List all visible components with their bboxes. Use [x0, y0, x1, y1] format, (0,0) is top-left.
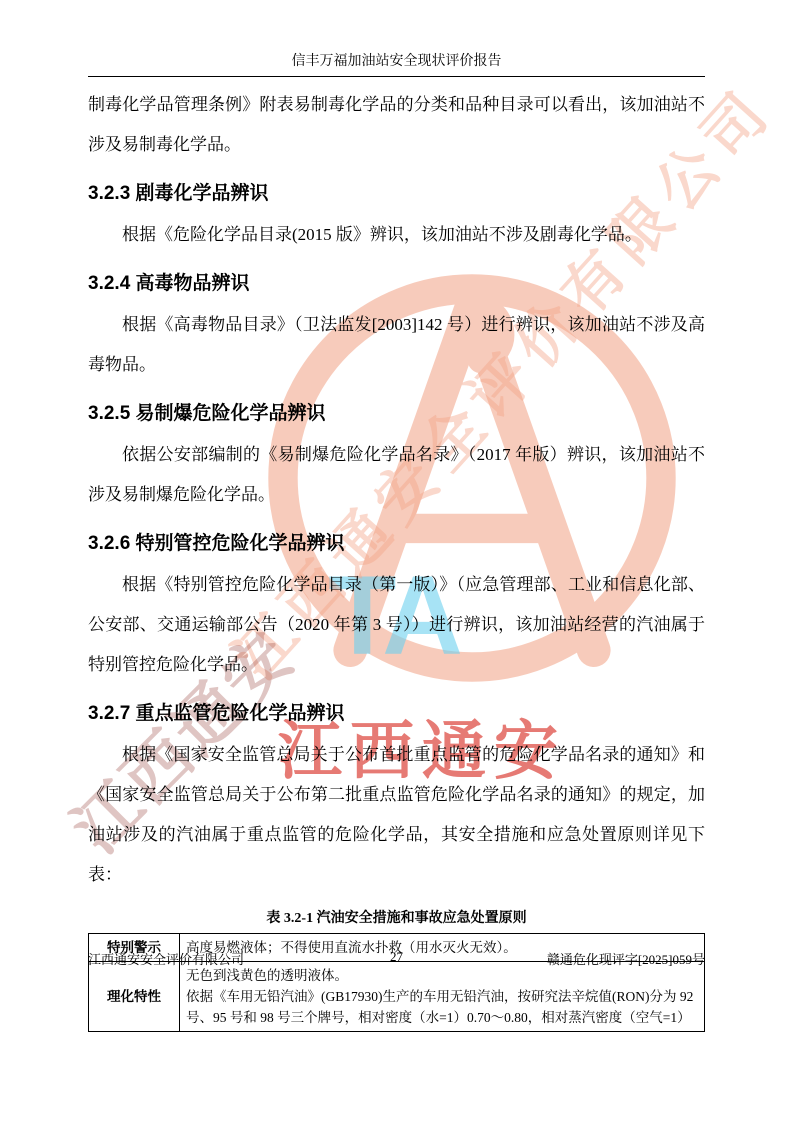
document-body: 制毒化学品管理条例》附表易制毒化学品的分类和品种目录可以看出，该加油站不涉及易制…	[88, 85, 705, 1032]
heading-3-2-3: 3.2.3 剧毒化学品辨识	[88, 181, 705, 207]
paragraph-3-2-3: 根据《危险化学品目录(2015 版》辨识，该加油站不涉及剧毒化学品。	[88, 215, 705, 255]
footer-company-name: 江西通安安全评价有限公司	[88, 949, 244, 968]
report-title: 信丰万福加油站安全现状评价报告	[292, 54, 502, 69]
paragraph-intro-continuation: 制毒化学品管理条例》附表易制毒化学品的分类和品种目录可以看出，该加油站不涉及易制…	[88, 85, 705, 165]
heading-3-2-4: 3.2.4 高毒物品辨识	[88, 271, 705, 297]
heading-3-2-7: 3.2.7 重点监管危险化学品辨识	[88, 701, 705, 727]
content-layer: 信丰万福加油站安全现状评价报告 制毒化学品管理条例》附表易制毒化学品的分类和品种…	[0, 0, 793, 1032]
paragraph-3-2-7: 根据《国家安全监管总局关于公布首批重点监管的危险化学品名录的通知》和《国家安全监…	[88, 735, 705, 895]
paragraph-3-2-5: 依据公安部编制的《易制爆危险化学品名录》（2017 年版）辨识，该加油站不涉及易…	[88, 435, 705, 515]
page-number: 27	[390, 949, 403, 965]
document-page: TA 江西通安全评价有限公司 江西通安 江西通安 信丰万福加油站安全现状评价报告…	[0, 0, 793, 1122]
row-content-line1: 无色到浅黄色的透明液体。	[186, 965, 698, 986]
page-footer: 江西通安安全评价有限公司 27 赣通危化现评字[2025]059号	[88, 949, 705, 968]
heading-3-2-6: 3.2.6 特别管控危险化学品辨识	[88, 531, 705, 557]
row-label: 理化特性	[89, 962, 180, 1032]
page-header: 信丰万福加油站安全现状评价报告	[88, 0, 705, 77]
table-caption: 表 3.2-1 汽油安全措施和事故应急处置原则	[88, 907, 705, 927]
paragraph-3-2-4: 根据《高毒物品目录》（卫法监发[2003]142 号）进行辨识，该加油站不涉及高…	[88, 305, 705, 385]
paragraph-3-2-6: 根据《特别管控危险化学品目录（第一版）》（应急管理部、工业和信息化部、公安部、交…	[88, 565, 705, 685]
row-content-line2: 依据《车用无铅汽油》(GB17930)生产的车用无铅汽油，按研究法辛烷值(RON…	[186, 986, 698, 1028]
table-row: 理化特性 无色到浅黄色的透明液体。 依据《车用无铅汽油》(GB17930)生产的…	[89, 962, 705, 1032]
heading-3-2-5: 3.2.5 易制爆危险化学品辨识	[88, 401, 705, 427]
row-content: 无色到浅黄色的透明液体。 依据《车用无铅汽油》(GB17930)生产的车用无铅汽…	[180, 962, 705, 1032]
footer-document-number: 赣通危化现评字[2025]059号	[547, 949, 705, 968]
safety-measures-table: 特别警示 高度易燃液体；不得使用直流水扑救（用水灭火无效）。 理化特性 无色到浅…	[88, 933, 705, 1032]
